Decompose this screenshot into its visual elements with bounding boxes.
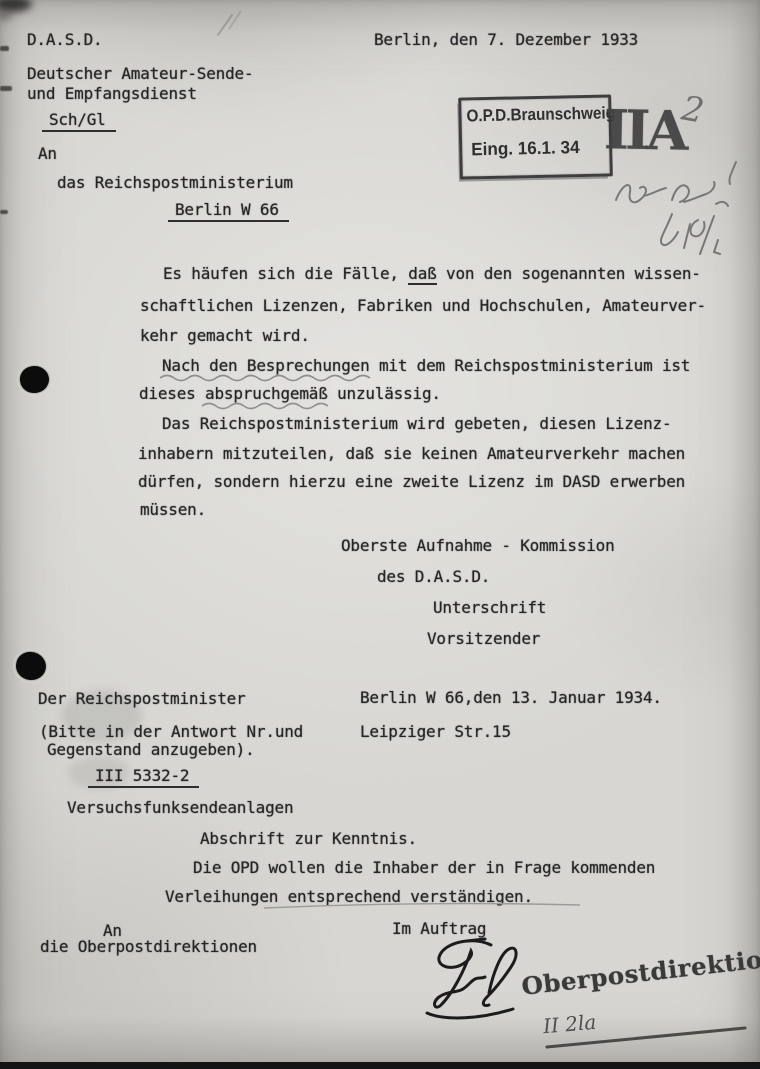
sender-name-line1: Deutscher Amateur-Sende-: [27, 64, 253, 83]
closing-line: Oberste Aufnahme - Kommission: [341, 536, 615, 555]
emphasized-word: daß: [408, 264, 436, 285]
receipt-stamp-date: Eing. 16.1. 34: [471, 137, 580, 160]
recipient-city: Berlin W 66: [168, 200, 289, 222]
sender-abbreviation: D.A.S.D.: [27, 30, 102, 49]
punch-hole-top: [18, 364, 50, 395]
edge-mark: [0, 86, 12, 91]
file-mark-stamp: IIA: [604, 101, 685, 158]
corner-smudge: [0, 0, 32, 12]
reference-code: Sch/Gl: [42, 110, 116, 132]
body-line: inhabern mitzuteilen, daß sie keinen Ama…: [138, 444, 685, 463]
reply-note-line1: (Bitte in der Antwort Nr.und: [39, 722, 303, 741]
pencil-underline: [262, 901, 582, 911]
subject-line: Versuchsfunksendeanlagen: [67, 798, 293, 817]
closing-line: des D.A.S.D.: [377, 567, 490, 586]
handwritten-annotation: [608, 158, 758, 253]
reply-note-line2: Gegenstand anzugeben).: [47, 740, 255, 759]
reply-date-line: Berlin W 66,den 13. Januar 1934.: [360, 688, 662, 707]
sender-name-line2: und Empfangsdienst: [27, 84, 197, 103]
body-line: Es häufen sich die Fälle, daß von den so…: [163, 264, 701, 283]
corner-smudge-small: [0, 12, 12, 20]
edge-mark: [0, 210, 8, 214]
reply-street: Leipziger Str.15: [360, 722, 511, 741]
body-line: müssen.: [140, 500, 206, 519]
reply-body-line: Die OPD wollen die Inhaber der in Frage …: [193, 858, 655, 877]
closing-line: Vorsitzender: [427, 629, 540, 648]
file-number: III 5332-2: [88, 766, 199, 788]
receipt-stamp-box: O.P.D.Braunschweig Eing. 16.1. 34: [458, 94, 613, 179]
scan-edge-strip: [0, 1062, 760, 1069]
scanned-letter-page: D.A.S.D. Deutscher Amateur-Sende- und Em…: [0, 0, 760, 1069]
body-line: Das Reichspostministerium wird gebeten, …: [162, 414, 671, 433]
reply-sender: Der Reichspostminister: [38, 689, 246, 708]
edge-mark: [0, 46, 9, 51]
handwritten-signature: [405, 935, 540, 1030]
distribution-line2: die Oberpostdirektionen: [40, 937, 257, 956]
closing-line: Unterschrift: [433, 598, 546, 617]
pencil-underline: [200, 400, 338, 412]
opd-stamp-reference: II 2la: [542, 1010, 597, 1039]
date-line: Berlin, den 7. Dezember 1933: [374, 30, 638, 49]
recipient-name: das Reichspostministerium: [57, 173, 293, 192]
receipt-stamp-office: O.P.D.Braunschweig: [466, 103, 615, 126]
copy-note: Abschrift zur Kenntnis.: [200, 829, 417, 848]
body-line: kehr gemacht wird.: [140, 326, 310, 345]
recipient-intro: An: [38, 144, 57, 163]
body-line: schaftlichen Lizenzen, Fabriken und Hoch…: [140, 296, 706, 315]
handwritten-number: 2: [679, 88, 707, 131]
body-line: dürfen, sondern hierzu eine zweite Lizen…: [138, 472, 685, 491]
pencil-underline: [158, 372, 380, 384]
punch-hole-bottom: [15, 651, 48, 682]
paper-crease: [228, 10, 242, 30]
opd-office-stamp: Oberpostdirektion: [520, 942, 760, 1000]
